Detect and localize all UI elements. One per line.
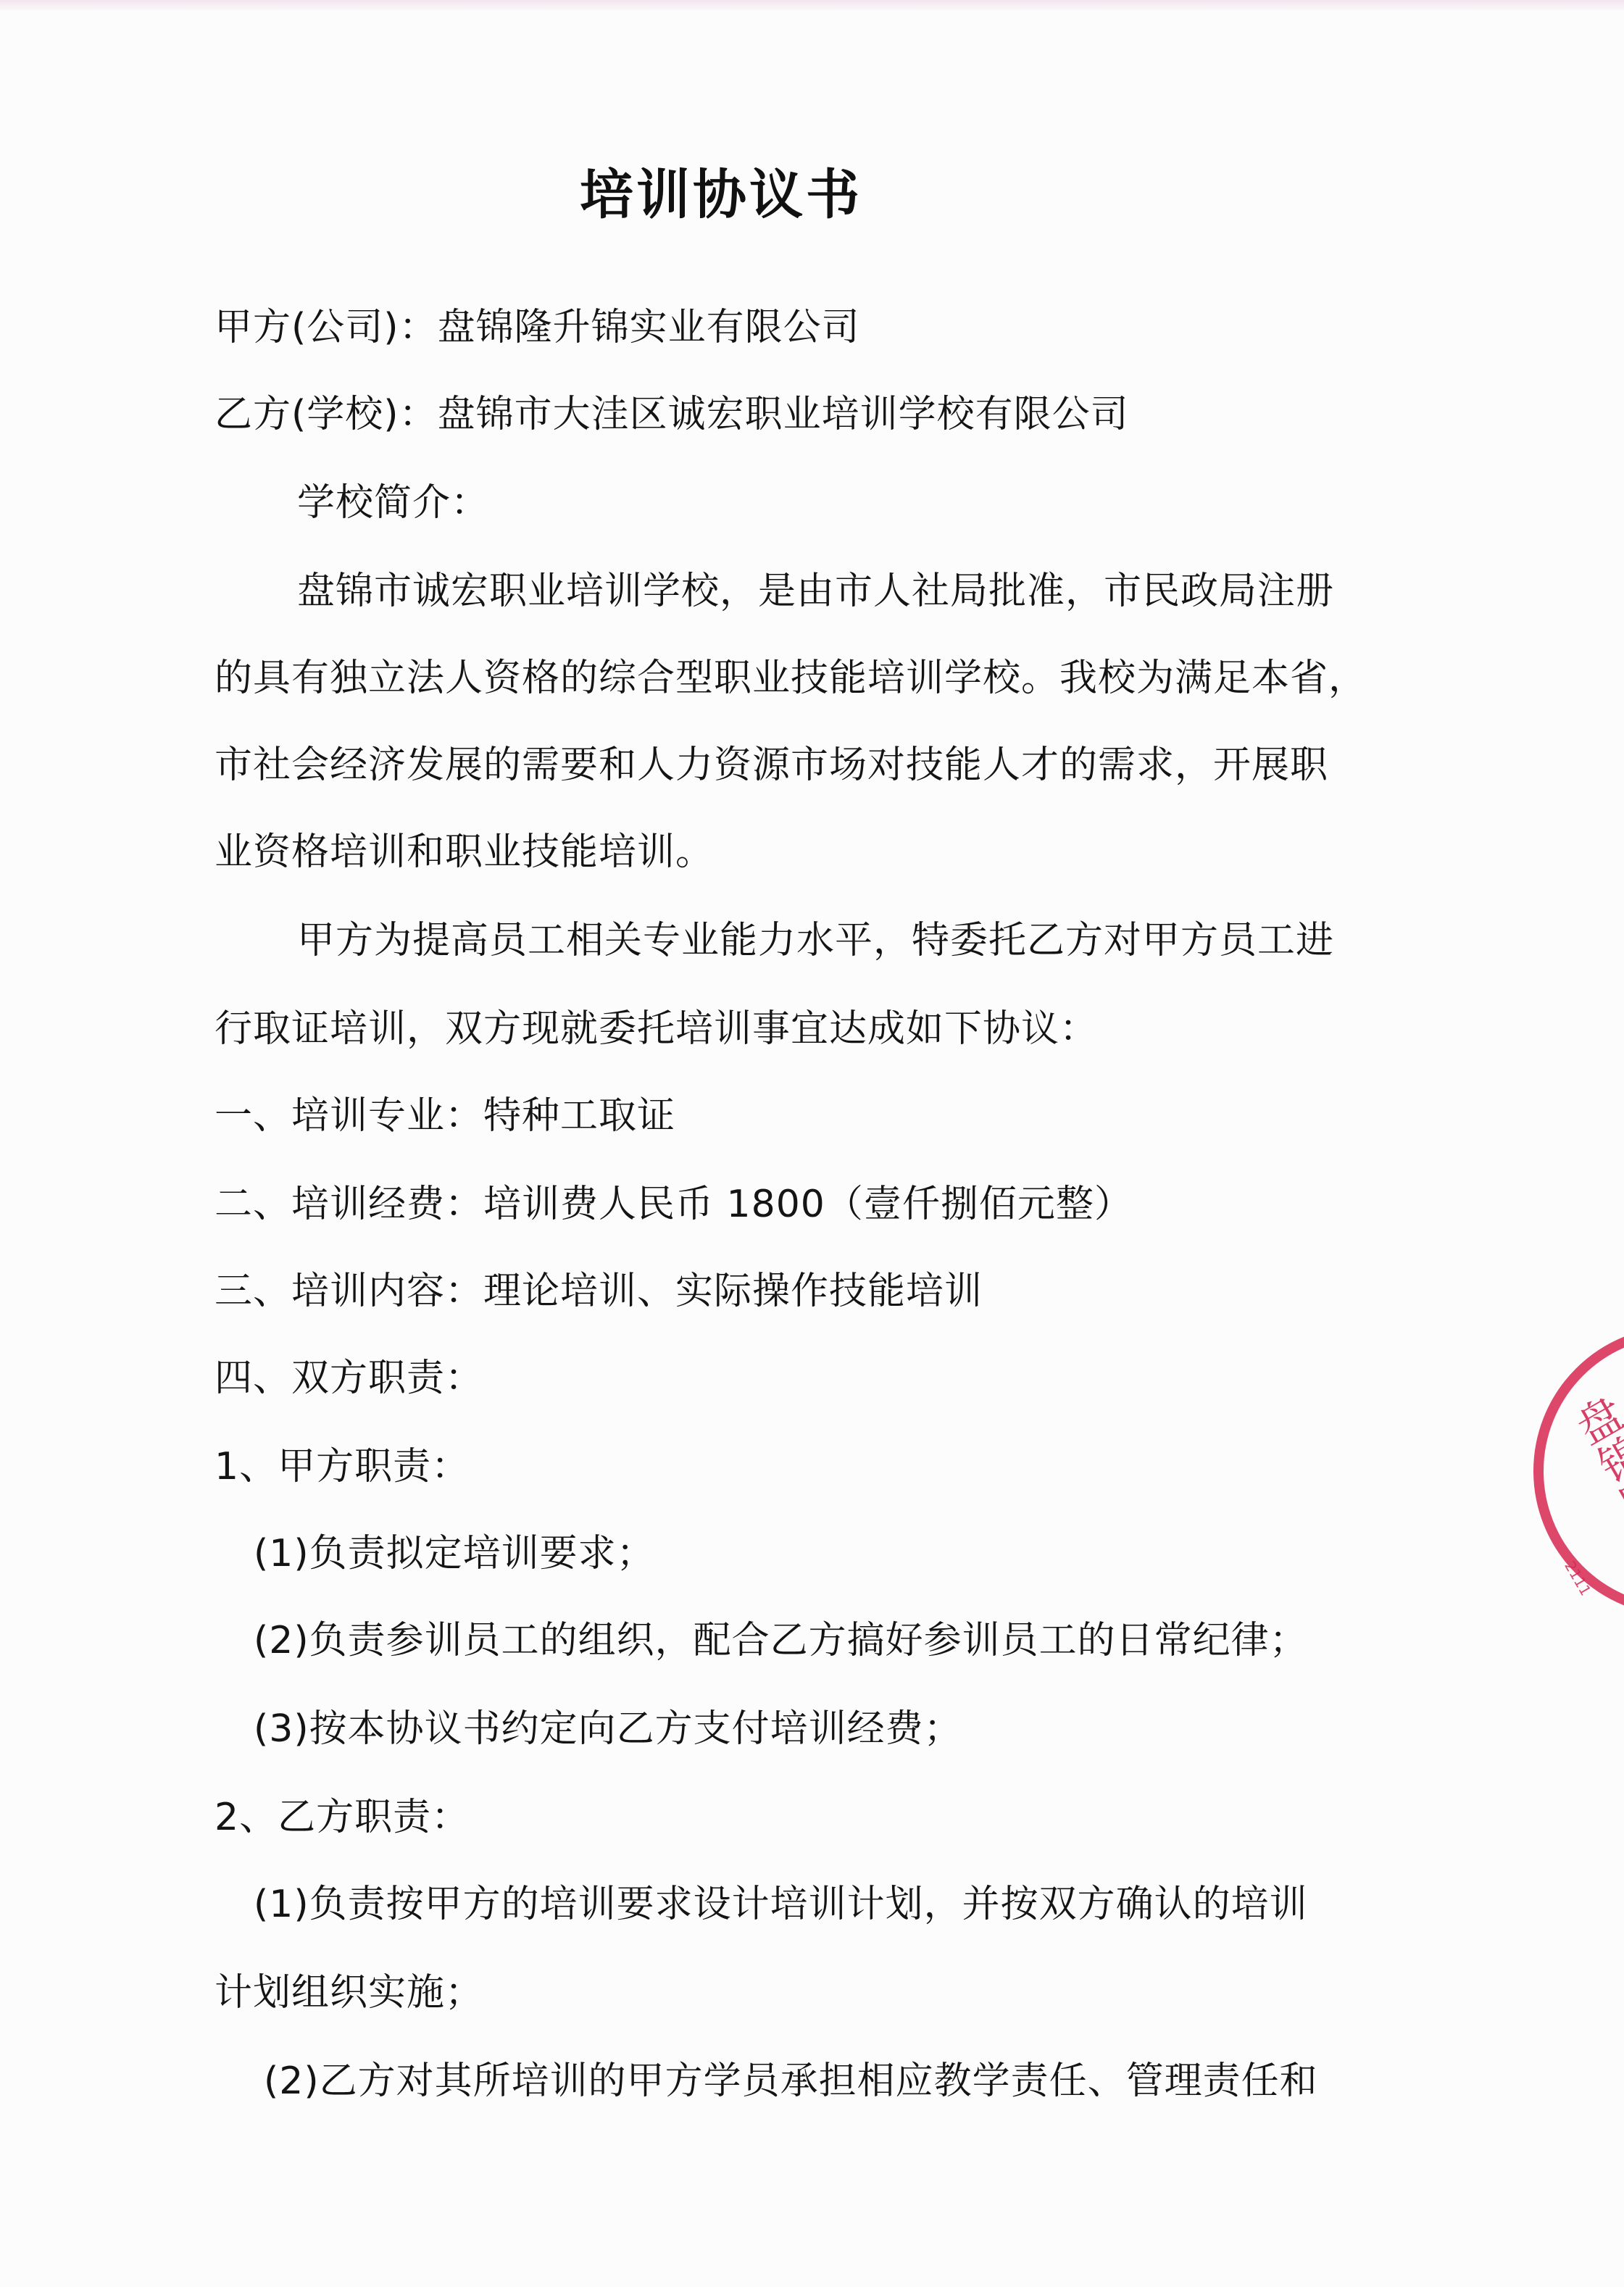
party-a-name: 盘锦隆升锦实业有限公司 (438, 306, 860, 349)
party-b-line: 乙方(学校)：盘锦市大洼区诚宏职业培训学校有限公司 (215, 393, 1129, 436)
party-b-duty-1-cont: 计划组织实施； (215, 1971, 483, 2015)
clause-duties-heading: 四、双方职责： (215, 1357, 483, 1400)
party-a-line: 甲方(公司)：盘锦隆升锦实业有限公司 (215, 306, 860, 349)
party-a-duty-1: (1)负责拟定培训要求； (254, 1532, 655, 1575)
party-b-duty-1: (1)负责按甲方的培训要求设计培训计划，并按双方确认的培训 (254, 1883, 1308, 1926)
clause-training-content: 三、培训内容：理论培训、实际操作技能培训 (215, 1270, 983, 1313)
party-a-duty-3: (3)按本协议书约定向乙方支付培训经费； (254, 1707, 962, 1751)
intro-line-3: 市社会经济发展的需要和人力资源市场对技能人才的需求，开展职 (215, 743, 1328, 787)
party-b-duty-2: (2)乙方对其所培训的甲方学员承担相应教学责任、管理责任和 (264, 2059, 1318, 2103)
party-b-name: 盘锦市大洼区诚宏职业培训学校有限公司 (438, 393, 1129, 436)
purpose-line-1: 甲方为提高员工相关专业能力水平，特委托乙方对甲方员工进 (297, 919, 1334, 962)
intro-heading: 学校简介： (297, 481, 489, 525)
document-page: 培训协议书 甲方(公司)：盘锦隆升锦实业有限公司 乙方(学校)：盘锦市大洼区诚宏… (0, 0, 1624, 2287)
intro-line-4: 业资格培训和职业技能培训。 (215, 830, 714, 874)
party-b-label: 乙方(学校)： (215, 393, 438, 436)
party-a-label: 甲方(公司)： (215, 306, 438, 349)
party-b-duties-heading: 2、乙方职责： (215, 1796, 470, 1839)
clause-training-major: 一、培训专业：特种工取证 (215, 1094, 675, 1138)
party-a-duties-heading: 1、甲方职责： (215, 1445, 470, 1488)
document-title: 培训协议书 (580, 152, 862, 229)
purpose-line-2: 行取证培训，双方现就委托培训事宜达成如下协议： (215, 1007, 1098, 1051)
party-a-duty-2: (2)负责参训员工的组织，配合乙方搞好参训员工的日常纪律； (254, 1619, 1308, 1662)
clause-training-fee: 二、培训经费：培训费人民币 1800（壹仟捌佰元整） (215, 1183, 1133, 1226)
intro-line-2: 的具有独立法人资格的综合型职业技能培训学校。我校为满足本省， (215, 657, 1367, 700)
intro-line-1: 盘锦市诚宏职业培训学校，是由市人社局批准，市民政局注册 (297, 570, 1334, 613)
